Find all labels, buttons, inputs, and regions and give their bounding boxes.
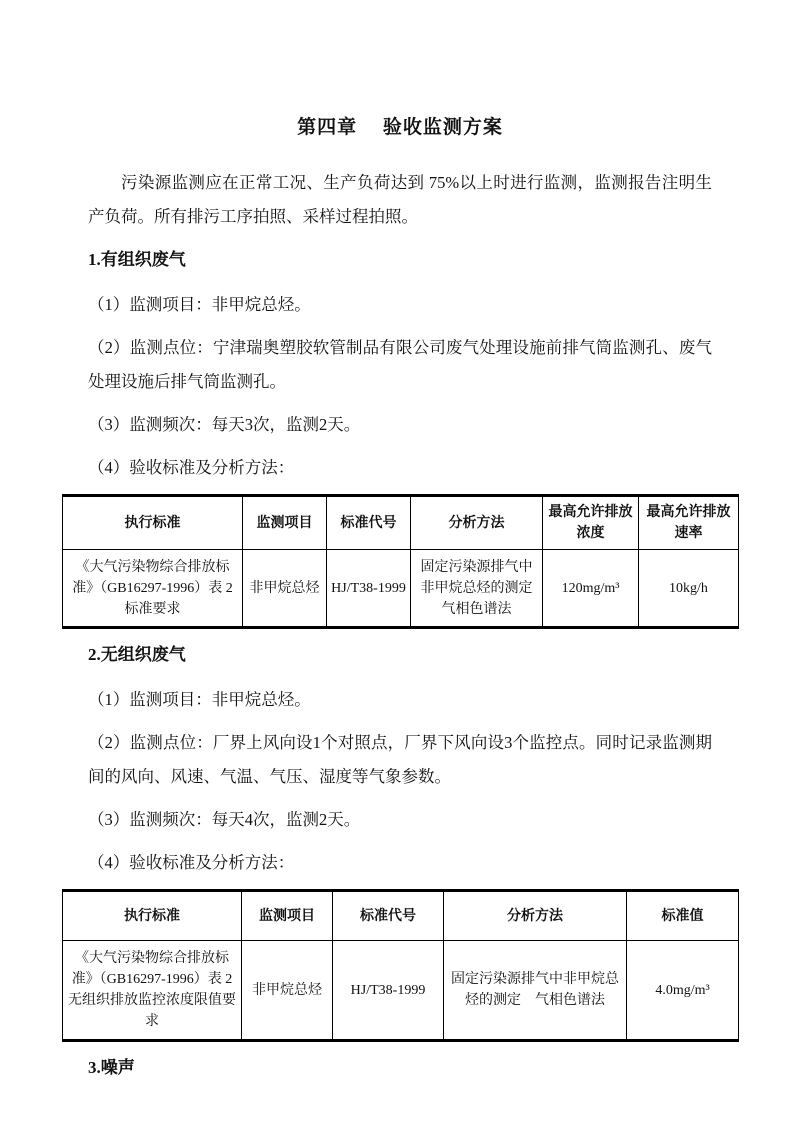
section-2-item-4: （4）验收标准及分析方法： bbox=[88, 846, 712, 880]
section-3-heading: 3.噪声 bbox=[88, 1056, 712, 1080]
section-2-heading: 2.无组织废气 bbox=[88, 643, 712, 667]
table-1-cell-code: HJ/T38-1999 bbox=[327, 550, 411, 628]
table-1-cell-max-rate: 10kg/h bbox=[639, 550, 739, 628]
table-1-data-row: 《大气污染物综合排放标准》（GB16297-1996）表 2 标准要求 非甲烷总… bbox=[63, 550, 739, 628]
section-1-item-4: （4）验收标准及分析方法： bbox=[88, 451, 712, 485]
section-1-item-1: （1）监测项目：非甲烷总烃。 bbox=[88, 288, 712, 322]
table-1-header-max-rate: 最高允许排放速率 bbox=[639, 496, 739, 550]
table-2-header-code: 标准代号 bbox=[333, 891, 444, 941]
table-2-data-row: 《大气污染物综合排放标准》（GB16297-1996）表 2 无组织排放监控浓度… bbox=[63, 941, 739, 1041]
section-1-item-3: （3）监测频次：每天3次，监测2天。 bbox=[88, 408, 712, 442]
section-1-item-2: （2）监测点位：宁津瑞奥塑胶软管制品有限公司废气处理设施前排气筒监测孔、废气处理… bbox=[88, 331, 712, 399]
table-1-header-max-concentration: 最高允许排放浓度 bbox=[543, 496, 639, 550]
table-1-header-standard: 执行标准 bbox=[63, 496, 243, 550]
table-1-cell-method: 固定污染源排气中非甲烷总烃的测定 气相色谱法 bbox=[411, 550, 543, 628]
section-2-item-2: （2）监测点位：厂界上风向设1个对照点，厂界下风向设3个监控点。同时记录监测期间… bbox=[88, 726, 712, 794]
intro-paragraph: 污染源监测应在正常工况、生产负荷达到 75%以上时进行监测，监测报告注明生产负荷… bbox=[88, 166, 712, 234]
table-1-cell-max-concentration: 120mg/m³ bbox=[543, 550, 639, 628]
table-1-cell-item: 非甲烷总烃 bbox=[243, 550, 327, 628]
table-1-header-method: 分析方法 bbox=[411, 496, 543, 550]
table-2-header-row: 执行标准 监测项目 标准代号 分析方法 标准值 bbox=[63, 891, 739, 941]
table-2-header-standard: 执行标准 bbox=[63, 891, 242, 941]
section-2-item-3: （3）监测频次：每天4次，监测2天。 bbox=[88, 803, 712, 837]
table-2-header-method: 分析方法 bbox=[444, 891, 627, 941]
table-2-header-limit: 标准值 bbox=[627, 891, 739, 941]
section-2-item-1: （1）监测项目：非甲烷总烃。 bbox=[88, 683, 712, 717]
table-2-cell-item: 非甲烷总烃 bbox=[242, 941, 333, 1041]
organized-emission-standards-table: 执行标准 监测项目 标准代号 分析方法 最高允许排放浓度 最高允许排放速率 《大… bbox=[62, 494, 739, 629]
table-2-cell-standard: 《大气污染物综合排放标准》（GB16297-1996）表 2 无组织排放监控浓度… bbox=[63, 941, 242, 1041]
fugitive-emission-standards-table: 执行标准 监测项目 标准代号 分析方法 标准值 《大气污染物综合排放标准》（GB… bbox=[62, 889, 739, 1042]
table-1-header-item: 监测项目 bbox=[243, 496, 327, 550]
table-2-cell-limit: 4.0mg/m³ bbox=[627, 941, 739, 1041]
table-2-cell-code: HJ/T38-1999 bbox=[333, 941, 444, 1041]
table-1-header-row: 执行标准 监测项目 标准代号 分析方法 最高允许排放浓度 最高允许排放速率 bbox=[63, 496, 739, 550]
table-1-header-code: 标准代号 bbox=[327, 496, 411, 550]
table-2-header-item: 监测项目 bbox=[242, 891, 333, 941]
section-1-heading: 1.有组织废气 bbox=[88, 248, 712, 272]
document-page: 第四章 验收监测方案 污染源监测应在正常工况、生产负荷达到 75%以上时进行监测… bbox=[0, 0, 800, 1131]
chapter-title: 第四章 验收监测方案 bbox=[62, 116, 738, 140]
table-1-cell-standard: 《大气污染物综合排放标准》（GB16297-1996）表 2 标准要求 bbox=[63, 550, 243, 628]
table-2-cell-method: 固定污染源排气中非甲烷总烃的测定 气相色谱法 bbox=[444, 941, 627, 1041]
